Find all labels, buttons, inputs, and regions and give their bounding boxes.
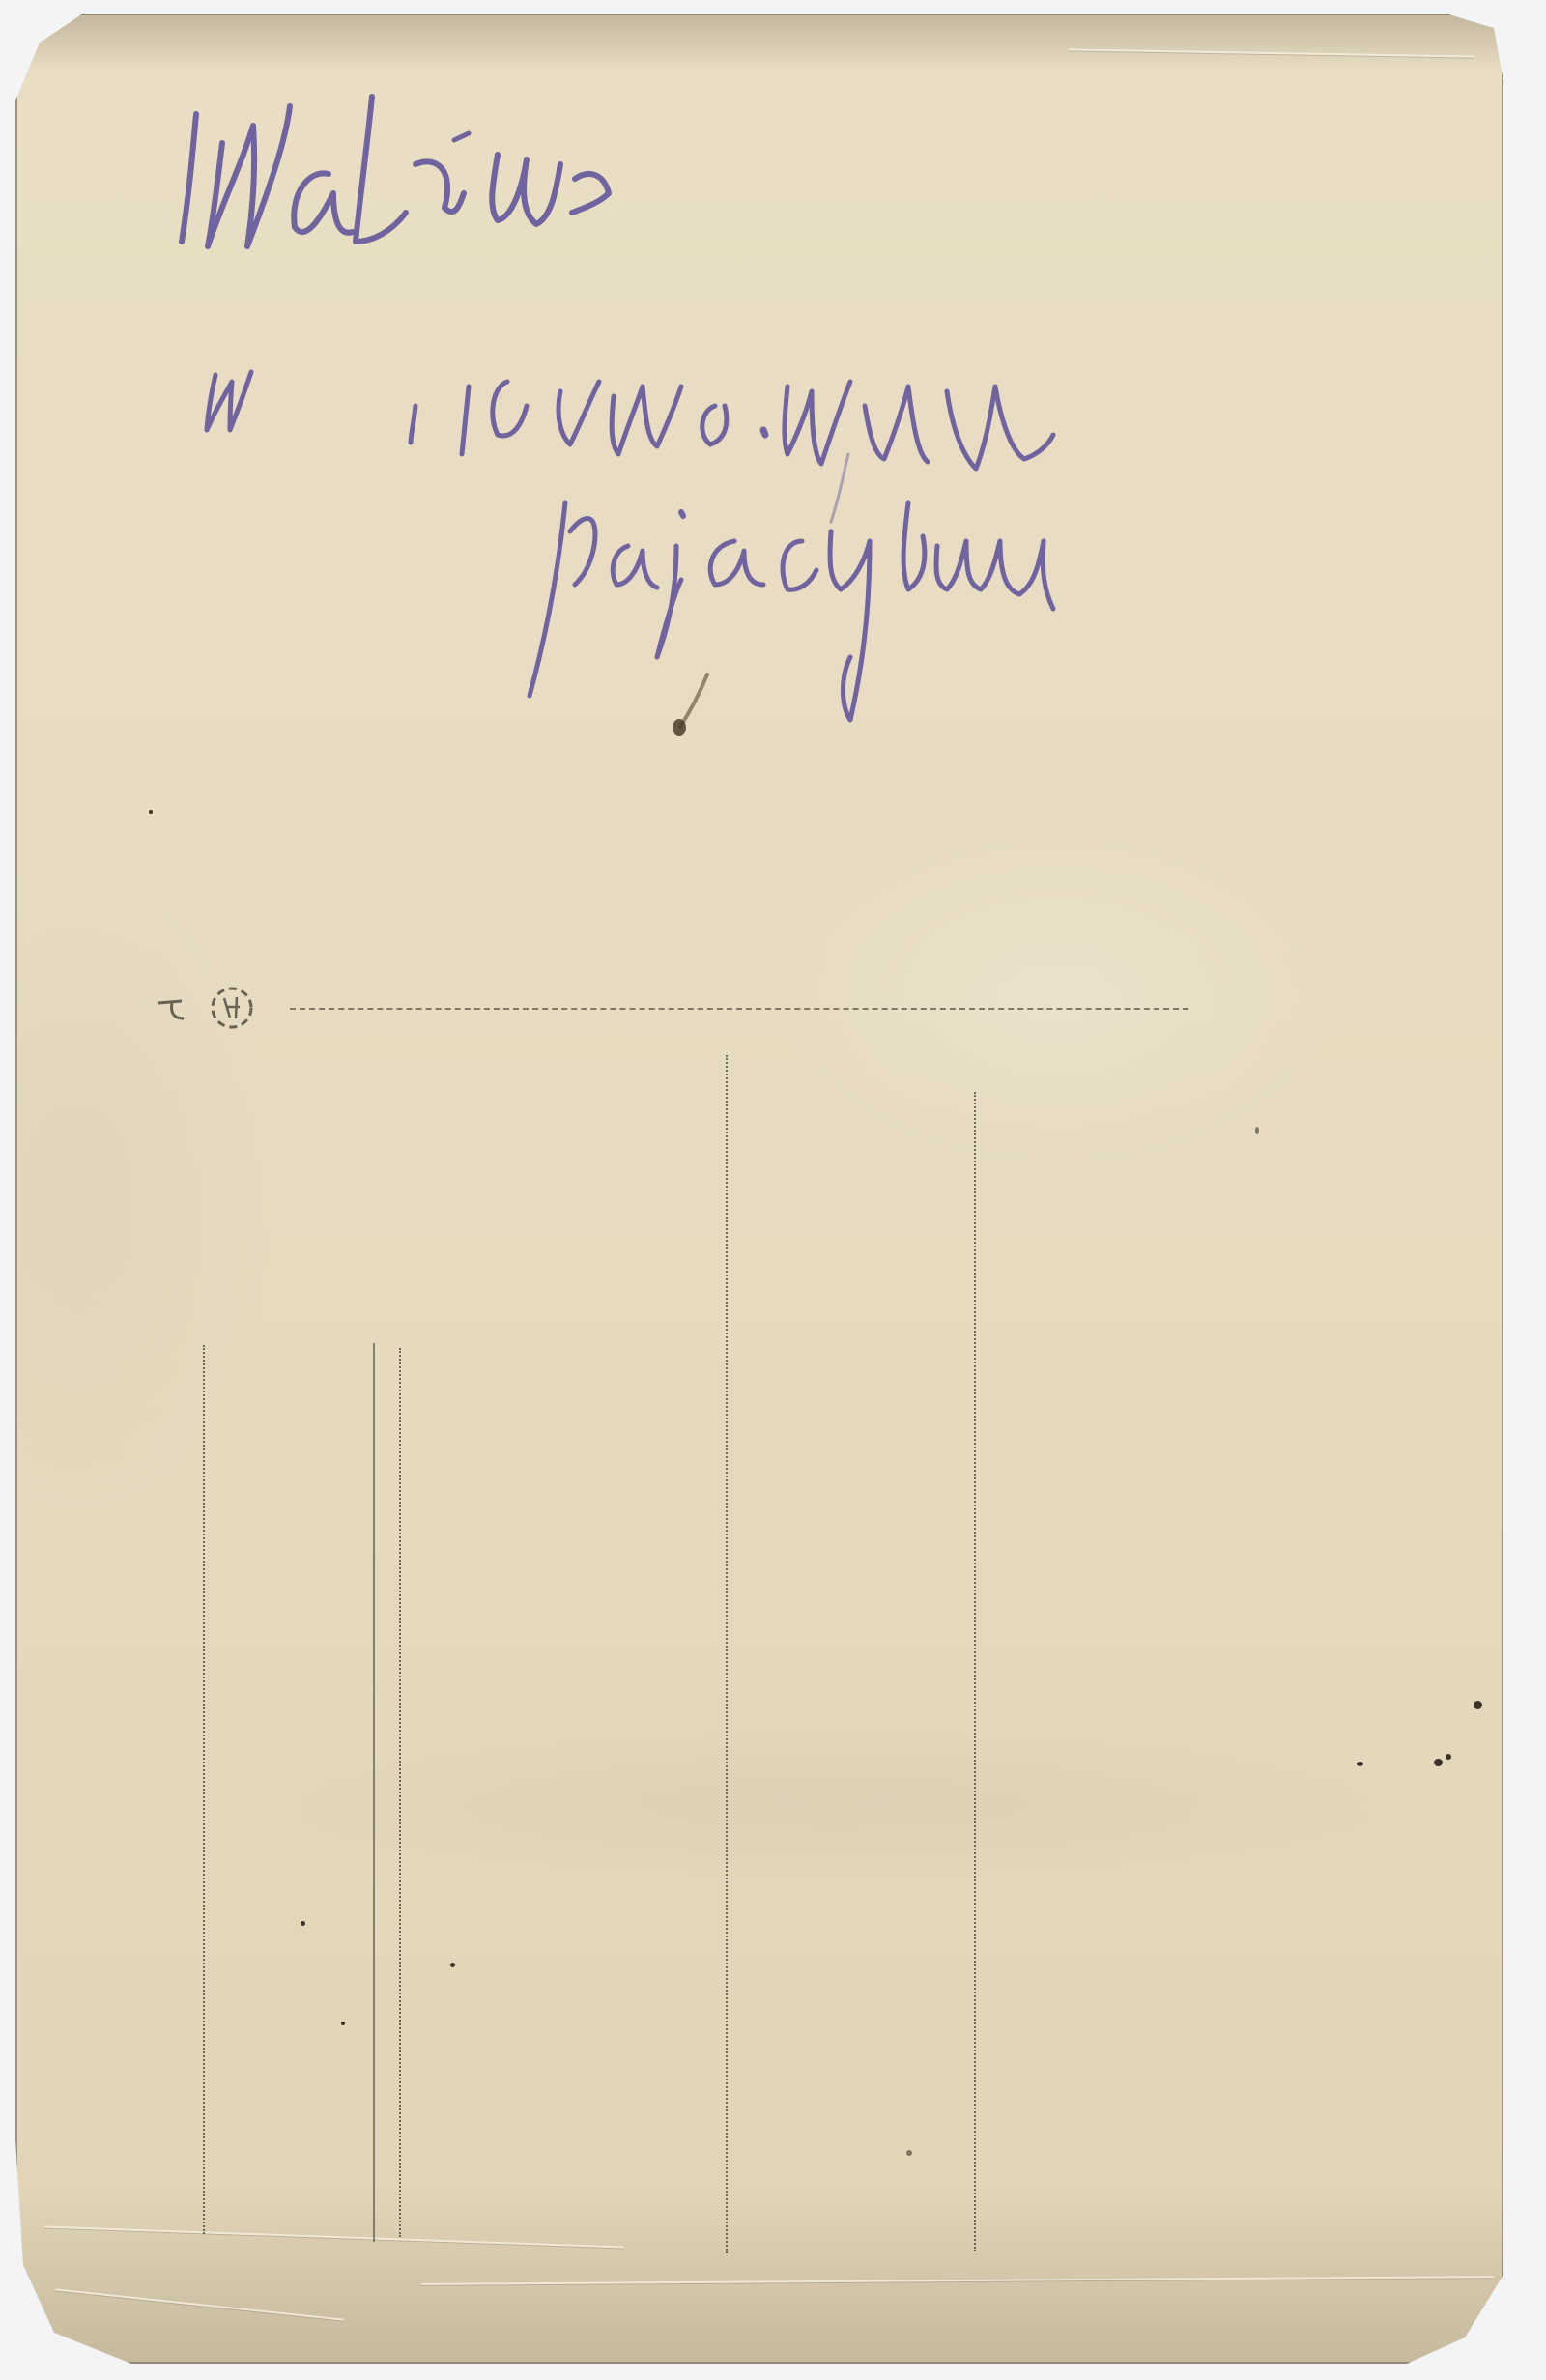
top-edge-wear — [15, 14, 1503, 72]
foxing-spot — [1434, 1759, 1443, 1766]
publisher-emblem-icon — [155, 984, 271, 1032]
foxing-spot — [1446, 1754, 1451, 1760]
vertical-rule-left-solid — [373, 1343, 375, 2242]
bottom-crease-2 — [421, 2276, 1494, 2286]
address-rule — [290, 1008, 1188, 1010]
bottom-crease-1 — [44, 2226, 624, 2250]
foxing-spot — [149, 810, 153, 814]
bottom-edge-wear — [15, 2190, 1503, 2364]
vertical-rule-center-2 — [974, 1092, 976, 2251]
ink-scratch-mark — [667, 667, 715, 739]
bottom-crease-3 — [55, 2288, 344, 2321]
vertical-rule-left-dotted-2 — [399, 1348, 401, 2237]
vertical-rule-center-1 — [726, 1055, 728, 2253]
postcard-back — [15, 14, 1503, 2364]
foxing-spot — [301, 1921, 305, 1926]
foxing-spot — [1357, 1762, 1363, 1766]
foxing-spot — [906, 2150, 912, 2156]
caption-transcription: Walruś w czerwonym pajacyku — [0, 0, 1, 1]
vertical-rule-left-dotted — [203, 1345, 205, 2234]
foxing-spot — [450, 1963, 455, 1967]
top-crease — [1069, 48, 1474, 58]
caption-line-1: Walruś — [0, 0, 1, 1]
foxing-spot — [341, 2022, 345, 2025]
foxing-spot — [1474, 1701, 1482, 1709]
foxing-spot — [1255, 1127, 1259, 1134]
